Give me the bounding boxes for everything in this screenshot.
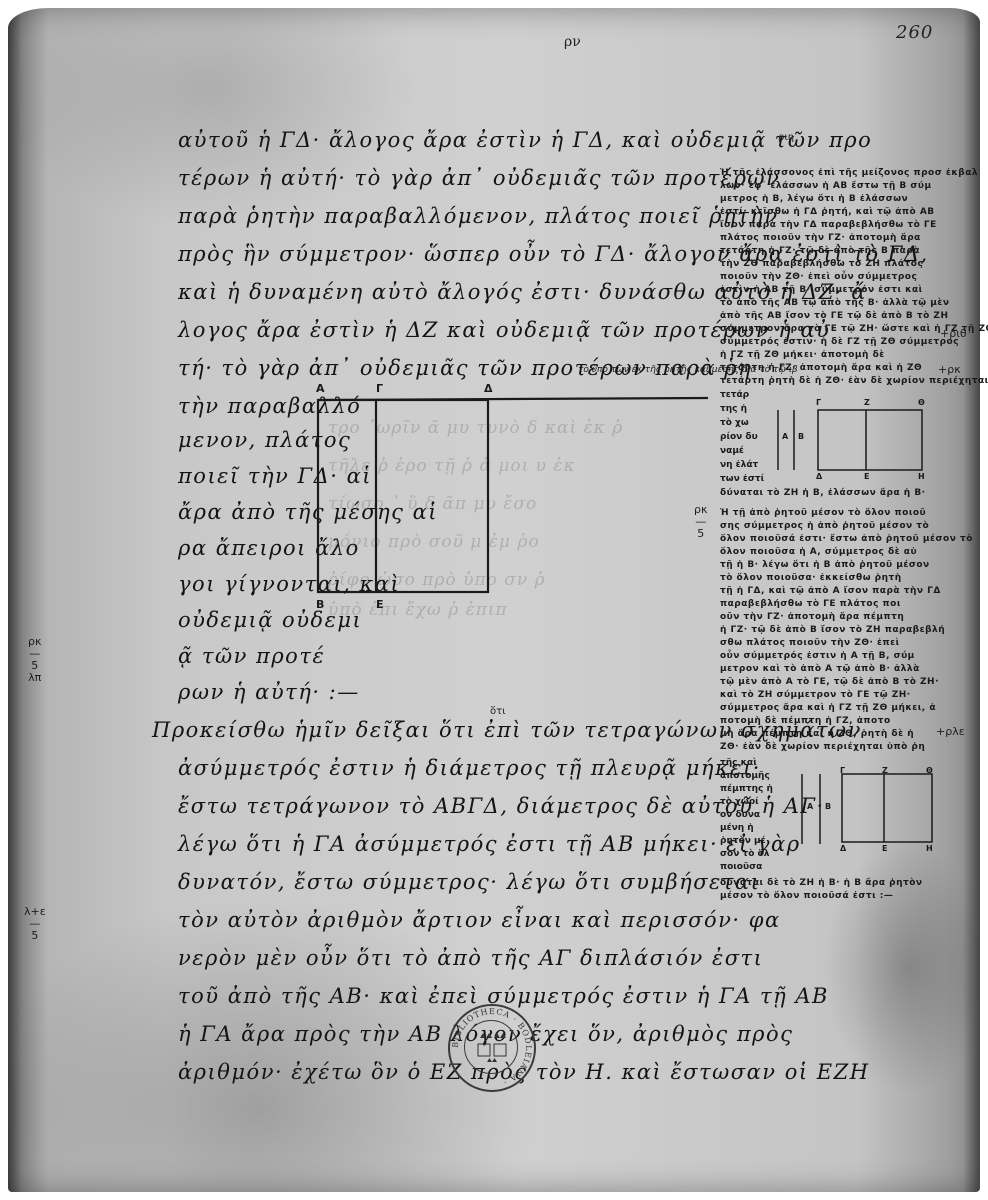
margin-note-diagram: ρκ — 5	[694, 504, 707, 540]
scholia-line: σης σύμμετρος ἡ ἀπὸ ῥητοῦ μέσον τὸ	[720, 521, 929, 531]
scholia-line: σθω πλάτος ποιοῦν τὴν ΖΘ· ἐπεὶ	[720, 638, 900, 648]
scholia-line: Ἡ τῆς ἐλάσσονος ἐπὶ τῆς μείζονος προσ ἐκ…	[720, 168, 978, 178]
scholia-diagram-2-label: Θ	[926, 766, 933, 775]
scholia-line: ἴσον παρὰ τὴν ΓΔ παραβεβλήσθω τὸ ΓΕ	[720, 220, 937, 230]
top-margin-mark: ρν	[564, 34, 581, 50]
text-line-narrow: ᾷ τῶν προτέ	[178, 644, 325, 668]
scholia-line-narrow: ἀποτομῆς	[720, 771, 770, 781]
scholia-line: τὸ ἀπὸ τῆς ΑΒ τῷ ἀπὸ τῆς Β· ἀλλὰ τῷ μὲν	[720, 298, 949, 308]
scholia-line: τὸ ὅλον ποιοῦσα· ἐκκείσθω ῥητὴ	[720, 573, 902, 583]
scholia-line: παραβεβλήσθω τὸ ΓΕ πλάτος ποι	[720, 599, 901, 609]
scholia-line: μετρον καὶ τὸ ἀπὸ Α τῷ ἀπὸ Β· ἀλλὰ	[720, 664, 920, 674]
scholia-heading-mark: ριη	[778, 132, 794, 144]
scholia-diagram-2-line-b: Β	[825, 802, 831, 811]
scholia-diagram-1-line-a: Α	[782, 432, 788, 441]
diagram-label-a: Α	[316, 382, 325, 395]
scholia-diagram-1-label: Θ	[918, 398, 925, 407]
scholia-diagram-1-label: Γ	[816, 398, 821, 407]
text-line: τὸν αὐτὸν ἀριθμὸν ἄρτιον εἶναι καὶ περισ…	[178, 908, 781, 932]
scholia-diagram-2-label: Δ	[840, 844, 846, 853]
scholia-line: ὅλον ποιοῦσα ἡ Α, σύμμετρος δὲ αὐ	[720, 547, 917, 557]
bodleian-library-stamp: BIBLIOTHECA · BODLEIANA ·	[448, 1004, 536, 1092]
scholia-line: καὶ τὸ ΖΗ σύμμετρον τὸ ΓΕ τῷ ΖΗ·	[720, 690, 911, 700]
scholia-diagram-2	[798, 770, 938, 850]
scholia-diagram-1-label: Ε	[864, 472, 869, 481]
margin-note-right: +ρλε	[936, 726, 965, 738]
scholia-line: τῇ ἡ Β· λέγω ὅτι ἡ Β ἀπὸ ῥητοῦ μέσον	[720, 560, 930, 570]
scholia-line: τετάρτη ῥητὴ δὲ ἡ ΖΘ· ἐὰν δὲ χωρίον περι…	[720, 376, 988, 386]
scholia-line: μετρος ἡ Β, λέγω ὅτι ἡ Β ἐλάσσων	[720, 194, 908, 204]
scholia-line: ὅλον ποιοῦσά ἐστι· ἔστω ἀπὸ ῥητοῦ μέσον …	[720, 534, 973, 544]
margin-note-right: +ρκ	[938, 364, 961, 376]
interlinear-note: ὅτι	[490, 706, 506, 718]
scholia-line: σύμμετρός ἐστιν· ἡ δὲ ΓΖ τῇ ΖΘ σύμμετρος	[720, 337, 959, 347]
scholia-line: ποιοῦν τὴν ΖΘ· ἐπεὶ οὖν σύμμετρος	[720, 272, 917, 282]
scholia-line-narrow: σον τὸ ὅλ	[720, 849, 769, 859]
scholia-line: ΖΘ· ἐὰν δὲ χωρίον περιέχηται ὑπὸ ῥη	[720, 742, 925, 752]
scholia-diagram-2-label: Η	[926, 844, 933, 853]
scholia-line: τῷ μὲν ἀπὸ Α τὸ ΓΕ, τῷ δὲ ἀπὸ Β τὸ ΖΗ·	[720, 677, 939, 687]
scholia-diagram-2-label: Ε	[882, 844, 887, 853]
scholia-line-narrow: τὸ χωρί	[720, 797, 759, 807]
text-line-narrow: ρων ἡ αὐτή· :—	[178, 680, 360, 704]
scholia-line: ἐστὶν ἡ ΑΒ τῇ Β· σύμμετρόν ἐστι καὶ	[720, 285, 923, 295]
scholia-line-narrow: ναμέ	[720, 446, 744, 456]
scholia-line: τῇ ἡ ΓΔ, καὶ τῷ ἀπὸ Α ἴσον παρὰ τὴν ΓΔ	[720, 586, 941, 596]
scholia-line: λων· ἐφ᾽ ἐλάσσων ἡ ΑΒ ἔστω τῇ Β σύμ	[720, 181, 932, 191]
scholia-diagram-1-label: Η	[918, 472, 925, 481]
text-line: νερὸν μὲν οὖν ὅτι τὸ ἀπὸ τῆς ΑΓ διπλάσιό…	[178, 946, 763, 970]
text-line: ἀσύμμετρός ἐστιν ἡ διάμετρος τῇ πλευρᾷ μ…	[178, 756, 761, 780]
scholia-line-narrow: μένη ἡ	[720, 823, 754, 833]
scholia-line: τετάρτη ἡ ΓΖ· ἀποτομὴ ἄρα καὶ ἡ ΖΘ	[720, 363, 922, 373]
text-line: τοῦ ἀπὸ τῆς ΑΒ· καὶ ἐπεὶ σύμμετρός ἐστιν…	[178, 984, 829, 1008]
scholia-line-narrow: της ἡ	[720, 404, 747, 414]
scholia-line: πλάτος ποιοῦν τὴν ΓΖ· ἀποτομὴ ἄρα	[720, 233, 921, 243]
scholia-line: τετάρτη ἡ ΓΖ· τῷ δὲ ἀπὸ τῆς Β παρὰ	[720, 246, 920, 256]
scholia-line: μὴ ἄρα πέμπτη καὶ ἡ ΖΘ, ῥητὴ δὲ ἡ	[720, 729, 914, 739]
text-line: τέρων ἡ αὐτή· τὸ γὰρ ἀπ᾽ οὐδεμιᾶς τῶν πρ…	[178, 166, 780, 190]
scholia-line: σύμμετρος ἄρα καὶ ἡ ΓΖ τῇ ΖΘ μήκει, ἀ	[720, 703, 936, 713]
scholia-line: ἡ ΓΖ τῇ ΖΘ μήκει· ἀποτομὴ δὲ	[720, 350, 885, 360]
scholia-line-narrow: ρίον δυ	[720, 432, 758, 442]
scholia-line: ἐστί· κεῖσθω ἡ ΓΔ ῥητή, καὶ τῷ ἀπὸ ΑΒ	[720, 207, 935, 217]
rectangle-diagram	[308, 388, 728, 618]
text-line: λέγω ὅτι ἡ ΓΑ ἀσύμμετρός ἐστι τῇ ΑΒ μήκε…	[178, 832, 801, 856]
scholia-line-narrow: τὸ χω	[720, 418, 749, 428]
stamp-emblem: BIBLIOTHECA · BODLEIANA ·	[450, 1006, 534, 1090]
scholia-diagram-2-label: Ζ	[882, 766, 888, 775]
scholia-line: δύναται τὸ ΖΗ ἡ Β, ἐλάσσων ἄρα ἡ Β·	[720, 488, 926, 498]
scholia-line-narrow: νη ἐλάτ	[720, 460, 758, 470]
diagram-label-e: Ε	[376, 598, 384, 611]
manuscript-page: 260 ρν τρο ᾽ωρῖν ᾶ μυ τυνὸ δ καὶ ἐκ ῥ τῆ…	[8, 8, 980, 1192]
scholia-line: ποτομὴ δὲ πέμπτη ἡ ΓΖ, ἀποτο	[720, 716, 891, 726]
scholia-line-narrow: ῥητὸν μέ	[720, 836, 766, 846]
margin-note-right: +ριθ	[940, 328, 967, 340]
scholia-line: οὖν σύμμετρός ἐστιν ἡ Α τῇ Β, σύμ	[720, 651, 915, 661]
diagram-label-delta: Δ	[484, 382, 493, 395]
scholia-diagram-2-label: Γ	[840, 766, 845, 775]
scholia-line: μέσον τὸ ὅλον ποιοῦσά ἐστι :—	[720, 891, 893, 901]
scholia-diagram-1-label: Δ	[816, 472, 822, 481]
diagram-label-b: Β	[316, 598, 324, 611]
scholia-line-narrow: ποιοῦσα	[720, 862, 762, 872]
scholia-line-narrow: τῆς καὶ	[720, 758, 757, 768]
scholia-line: δύναται δὲ τὸ ΖΗ ἡ Β· ἡ Β ἄρα ῥητὸν	[720, 878, 923, 888]
folio-number: 260	[896, 22, 933, 43]
scholia-line-initial: Ἡ τῇ ἀπὸ ῥητοῦ μέσον τὸ ὅλον ποιοῦ	[720, 508, 926, 518]
margin-note-left: λ+ε — 5	[24, 906, 46, 942]
scholia-line: ἀπὸ τῆς ΑΒ ἴσον τὸ ΓΕ τῷ δὲ ἀπὸ Β τὸ ΖΗ	[720, 311, 949, 321]
text-line: δυνατόν, ἔστω σύμμετρος· λέγω ὅτι συμβήσ…	[178, 870, 760, 894]
scholia-line-narrow: πέμπτης ἡ	[720, 784, 773, 794]
scholia-line-narrow: των ἐστί	[720, 474, 764, 484]
scholia-diagram-2-line-a: Α	[807, 802, 813, 811]
scholia-line: τὴν ΖΘ παραβεβλήσθω τὸ ΖΗ πλάτος	[720, 259, 923, 269]
scholia-line: οῦν τὴν ΓΖ· ἀποτομὴ ἄρα πέμπτη	[720, 612, 904, 622]
scholia-line-narrow: τετάρ	[720, 390, 749, 400]
svg-text:BIBLIOTHECA · BODLEIANA ·: BIBLIOTHECA · BODLEIANA ·	[451, 1007, 533, 1087]
scholia-line: ἡ ΓΖ· τῷ δὲ ἀπὸ Β ἴσον τὸ ΖΗ παραβεβλή	[720, 625, 945, 635]
margin-note-left: ρκ — 5 λπ	[28, 636, 41, 684]
text-line: παρὰ ῥητὴν παραβαλλόμενον, πλάτος ποιεῖ …	[178, 204, 779, 228]
scholia-diagram-1-line-b: Β	[798, 432, 804, 441]
text-line: αὐτοῦ ἡ ΓΔ· ἄλογος ἄρα ἐστὶν ἡ ΓΔ, καὶ ο…	[178, 128, 872, 152]
scholia-line-narrow: ον δυνα	[720, 810, 760, 820]
diagram-label-gamma: Γ	[376, 382, 383, 395]
scholia-diagram-1-label: Ζ	[864, 398, 870, 407]
